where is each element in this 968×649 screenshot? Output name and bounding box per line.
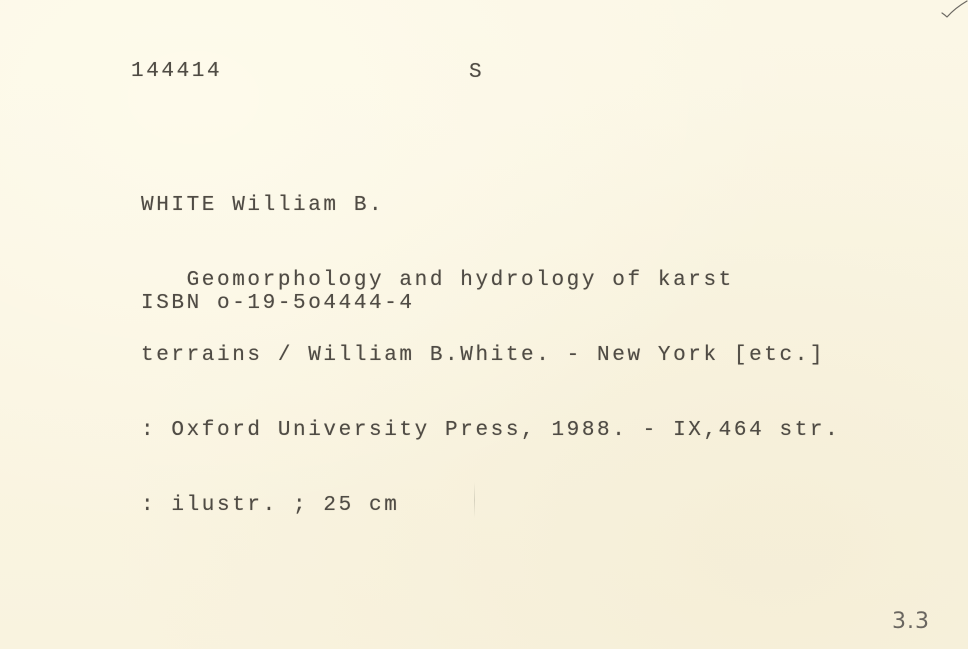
author-heading-line: WHITE William B. [141,193,840,218]
physical-description-line: : ilustr. ; 25 cm [141,493,840,518]
publication-line: : Oxford University Press, 1988. - IX,46… [141,418,840,443]
section-mark: S [469,60,484,85]
call-number: 144414 [131,59,222,84]
title-line: Geomorphology and hydrology of karst [141,268,840,293]
bibliographic-entry: WHITE William B. Geomorphology and hydro… [141,143,840,568]
isbn: ISBN o-19-5o4444-4 [141,291,415,316]
check-mark-icon [938,0,968,20]
responsibility-line: terrains / William B.White. - New York [… [141,343,840,368]
handwritten-shelf-note: 3.3 [892,609,930,634]
paper-crease-mark [474,482,475,518]
